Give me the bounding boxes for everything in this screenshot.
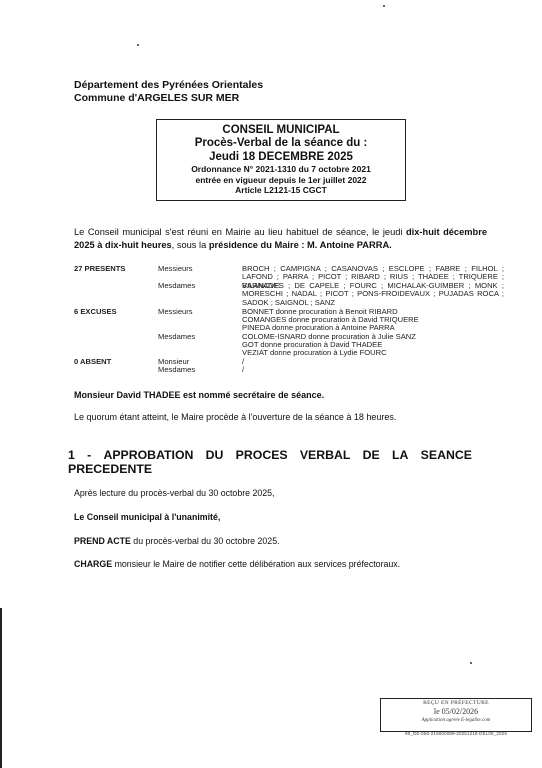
prend-acte-statement: PREND ACTE du procès-verbal du 30 octobr… [74, 536, 280, 546]
charge-text: monsieur le Maire de notifier cette déli… [112, 559, 400, 569]
section-heading-word: DU [206, 448, 224, 462]
intro-text-2: , sous la [172, 240, 209, 250]
section-number: 1 [68, 448, 75, 462]
meeting-date: Jeudi 18 DECEMBRE 2025 [157, 150, 405, 164]
intro-president: présidence du Maire : M. Antoine PARRA. [209, 240, 392, 250]
council-title: CONSEIL MUNICIPAL [157, 124, 405, 137]
presents-count: 27 PRESENTS [74, 265, 126, 273]
scan-speck [383, 5, 385, 7]
commune-heading: Commune d'ARGELES SUR MER [74, 92, 239, 105]
scan-speck [137, 44, 139, 46]
charge-statement: CHARGE monsieur le Maire de notifier cet… [74, 559, 400, 569]
absent-count: 0 ABSENT [74, 358, 111, 366]
section-heading-line2: PRECEDENTE [68, 462, 472, 476]
section-heading-word: SEANCE [421, 448, 472, 462]
minutes-title: Procès-Verbal de la séance du : [157, 137, 405, 150]
title-box: CONSEIL MUNICIPAL Procès-Verbal de la sé… [156, 119, 406, 201]
unanimity-statement: Le Conseil municipal à l'unanimité, [74, 512, 220, 522]
intro-paragraph: Le Conseil municipal s'est réuni en Mair… [74, 226, 487, 251]
effective-date: entrée en vigueur depuis le 1er juillet … [157, 175, 405, 186]
reading-statement: Après lecture du procès-verbal du 30 oct… [74, 488, 275, 498]
section-heading-word: DE [363, 448, 380, 462]
section-heading-word: PROCES [236, 448, 288, 462]
presents-mesdames-list: BARNADES ; DE CAPELE ; FOURC ; MICHALAK-… [242, 282, 504, 307]
intro-text: Le Conseil municipal s'est réuni en Mair… [74, 227, 406, 237]
stamp-date: le 05/02/2026 [381, 707, 531, 717]
excuses-mesdames-proxy-3: VEZIAT donne procuration à Lydie FOURC [242, 349, 504, 357]
charge-keyword: CHARGE [74, 559, 112, 569]
quorum-statement: Le quorum étant atteint, le Maire procèd… [74, 412, 396, 422]
department-heading: Département des Pyrénées Orientales [74, 79, 263, 92]
stamp-reference: 99_DE-066-216600089-20251218-DEL05_2025 [380, 731, 532, 736]
absent-mesdames-label: Mesdames [158, 366, 195, 374]
absent-mesdames-list: / [242, 366, 504, 374]
presents-mesdames-label: Mesdames [158, 282, 195, 290]
ordinance-ref: Ordonnance N° 2021-1310 du 7 octobre 202… [157, 164, 405, 175]
stamp-application: Application agréée E-legalite.com [381, 717, 531, 724]
prend-acte-keyword: PREND ACTE [74, 536, 131, 546]
scan-edge-line [0, 608, 2, 768]
prefecture-stamp: REÇU EN PRÉFECTURE le 05/02/2026 Applica… [380, 698, 532, 732]
section-1-heading: 1 - APPROBATIONDUPROCESVERBALDELASEANCE … [68, 448, 472, 476]
secretary-statement: Monsieur David THADEE est nommé secrétai… [74, 390, 324, 400]
section-heading-word: LA [392, 448, 408, 462]
prend-acte-text: du procès-verbal du 30 octobre 2025. [131, 536, 280, 546]
section-heading-word: APPROBATION [103, 448, 193, 462]
section-heading-word: VERBAL [300, 448, 351, 462]
section-dash: - [87, 448, 91, 462]
excuses-count: 6 EXCUSES [74, 308, 117, 316]
excuses-messieurs-label: Messieurs [158, 308, 193, 316]
scan-speck [470, 662, 472, 664]
stamp-received-label: REÇU EN PRÉFECTURE [381, 699, 531, 707]
article-ref: Article L2121-15 CGCT [157, 185, 405, 196]
excuses-mesdames-label: Mesdames [158, 333, 195, 341]
presents-messieurs-label: Messieurs [158, 265, 193, 273]
